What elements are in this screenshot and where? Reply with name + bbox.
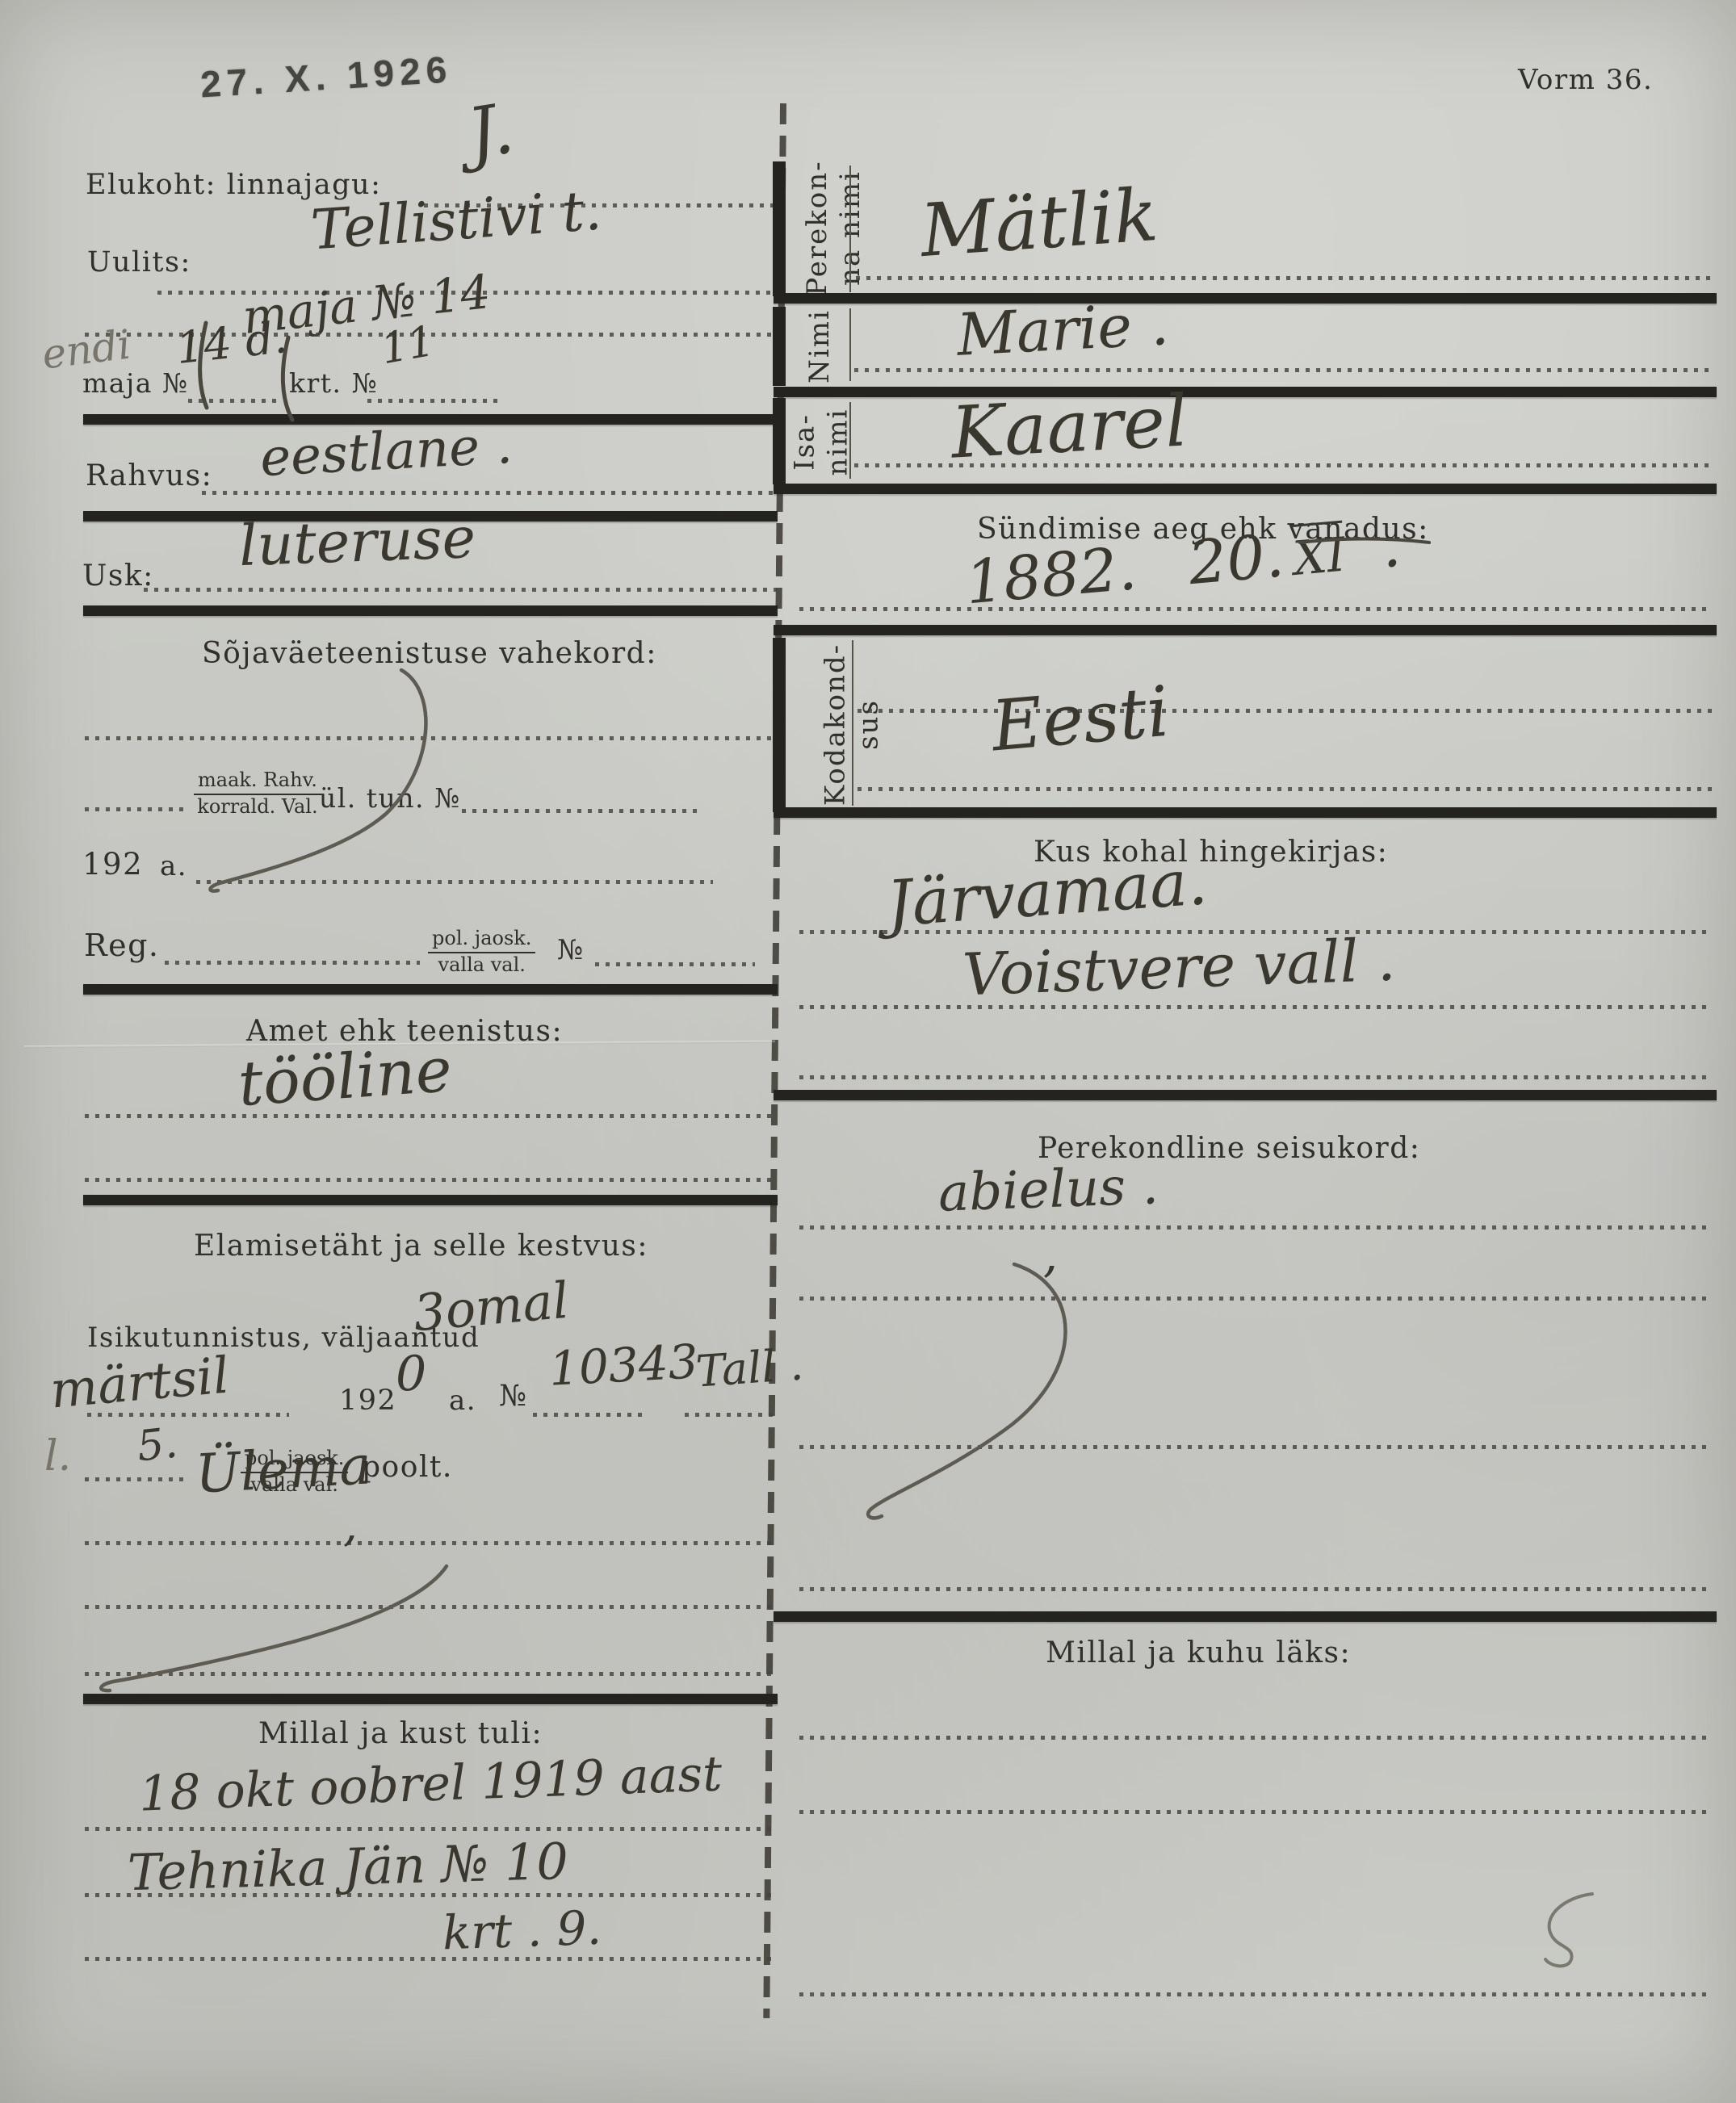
dotted-line: [799, 1992, 1712, 1996]
tall-handwriting: Tall .: [694, 1343, 804, 1393]
dotted-line: [85, 1477, 186, 1481]
maja-handwriting: 14 d.: [174, 316, 290, 371]
laks-label: Millal ja kuhu läks:: [1046, 1639, 1351, 1668]
section-rule: [83, 605, 778, 616]
dotted-line: [858, 709, 1712, 713]
section-rule: [774, 293, 1717, 304]
dotted-line: [799, 1075, 1712, 1079]
perekonnanimi-handwriting: Mätlik: [918, 179, 1160, 268]
no-label: №: [557, 936, 585, 964]
isanimi-handwriting: Kaarel: [950, 385, 1189, 468]
dotted-line: [85, 736, 777, 740]
tuli-label: Millal ja kust tuli:: [258, 1720, 543, 1749]
dotted-line: [202, 491, 777, 495]
maja-label: maja №: [82, 370, 189, 396]
a-label: a.: [160, 853, 187, 880]
dotted-line: [85, 1827, 777, 1831]
isik-a-label: a.: [449, 1387, 476, 1414]
nimi-handwriting: Marie .: [955, 295, 1170, 364]
reg-label: Reg.: [84, 930, 160, 961]
perekondline-handwriting: abielus .: [937, 1160, 1159, 1219]
dotted-line: [595, 962, 755, 966]
dotted-line: [85, 1178, 777, 1182]
section-rule: [83, 984, 778, 995]
date-stamp: 27. X. 1926: [199, 48, 454, 107]
usk-handwriting: luteruse: [238, 509, 476, 574]
rahvus-handwriting: eestlane .: [259, 420, 514, 484]
usk-label: Usk:: [82, 562, 154, 591]
perekondline-flourish: [868, 1264, 1065, 1518]
apostrophe-mark: ’: [1042, 1261, 1057, 1309]
maak-fraction: maak. Rahv. korrald. Val.: [194, 769, 321, 819]
dotted-line: [188, 399, 279, 403]
isanimi-label: Isa- nimi: [791, 398, 852, 487]
section-rule: [774, 387, 1717, 397]
dotted-line: [85, 1957, 777, 1961]
row-left-bar: [773, 161, 786, 296]
dotted-line: [85, 1605, 777, 1609]
dotted-line: [144, 588, 777, 592]
sojavae-label: Sõjaväeteenistuse vahekord:: [202, 639, 657, 668]
dotted-line: [165, 961, 420, 965]
bottom-right-pencil-squiggle: [1545, 1894, 1592, 1966]
label-separator: [849, 165, 851, 292]
dotted-line: [87, 1413, 289, 1417]
section-rule: [774, 1611, 1717, 1622]
isik-no-sign: №: [499, 1382, 528, 1411]
hinge-handwriting-2: Voistvere vall .: [962, 931, 1396, 1004]
elamistaht-label: Elamisetäht ja selle kestvus:: [194, 1232, 648, 1261]
pol-fraction: pol. jaosk. valla val.: [428, 927, 535, 977]
dotted-line: [799, 1587, 1712, 1591]
dotted-line: [85, 1672, 777, 1676]
krt-label: krt. №: [289, 370, 378, 396]
dotted-line: [799, 1445, 1712, 1449]
section-rule: [774, 807, 1717, 818]
dotted-line: [85, 807, 186, 811]
dotted-line: [85, 1114, 777, 1118]
isik-handwriting-1: 3omal: [412, 1276, 571, 1339]
dotted-line: [685, 1413, 777, 1417]
form-number: Vorm 36.: [1518, 66, 1653, 94]
tuli-handwriting-3: krt . 9.: [442, 1904, 602, 1957]
rahvus-label: Rahvus:: [86, 462, 212, 491]
dotted-line: [533, 1413, 642, 1417]
section-rule: [774, 625, 1717, 635]
dotted-line: [85, 1541, 777, 1545]
label-separator: [849, 308, 851, 381]
hinge-handwriting-1: Järvamaa.: [885, 851, 1210, 936]
uulits-label: Uulits:: [87, 249, 191, 277]
row-left-bar: [773, 638, 786, 812]
krt-handwriting: 11: [378, 320, 438, 371]
row-left-bar: [773, 307, 786, 386]
dotted-line: [799, 1005, 1712, 1009]
ulema-handwriting: Ülema: [194, 1439, 372, 1501]
section-rule: [83, 1195, 778, 1205]
scanned-form: 27. X. 1926 Vorm 36. Elukoht: linnajagu:…: [0, 0, 1736, 2103]
label-separator: [852, 640, 853, 806]
year-label: 192: [82, 849, 143, 879]
dotted-line: [196, 880, 713, 884]
nimi-label: Nimi: [791, 306, 848, 387]
dotted-line: [799, 1225, 1712, 1230]
elukoht-label: Elukoht: linnajagu:: [86, 171, 381, 199]
row-left-bar: [773, 398, 786, 484]
section-rule: [83, 1694, 778, 1704]
l-handwriting: l.: [44, 1435, 71, 1477]
elukoht-handwriting: J.: [463, 94, 518, 170]
dotted-line: [799, 1810, 1712, 1814]
tuli-handwriting-2: Tehnika Jän № 10: [127, 1837, 568, 1898]
dotted-line: [462, 809, 702, 813]
perekonnanimi-label: Perekon- na nimi: [791, 161, 876, 295]
dotted-line: [854, 463, 1712, 467]
poolt-label: poolt.: [362, 1453, 453, 1482]
martsil-handwriting: märtsil: [48, 1350, 231, 1415]
isik-192-label: 192: [339, 1387, 396, 1415]
five-handwriting: 5.: [135, 1422, 179, 1468]
dotted-line: [854, 368, 1712, 372]
dotted-line: [367, 399, 503, 403]
comma-mark: ,: [343, 1503, 358, 1548]
section-rule: [774, 1090, 1717, 1100]
dotted-line: [799, 1297, 1712, 1301]
dotted-line: [799, 1736, 1712, 1740]
tuli-handwriting-1: 18 okt oobrel 1919 aast: [138, 1749, 723, 1818]
dotted-line: [858, 787, 1712, 791]
amet-handwriting: tööline: [237, 1039, 454, 1115]
label-separator: [849, 402, 851, 479]
isik-0-handwriting: 0: [396, 1350, 426, 1398]
ul-tun-label: ül. tun. №: [319, 785, 461, 811]
kodakondsus-handwriting: Eesti: [989, 677, 1172, 762]
section-rule: [774, 484, 1717, 494]
dotted-line: [799, 607, 1712, 611]
isik-no-handwriting: 10343: [548, 1338, 699, 1393]
dotted-line: [856, 276, 1712, 280]
dotted-line: [85, 1893, 777, 1897]
